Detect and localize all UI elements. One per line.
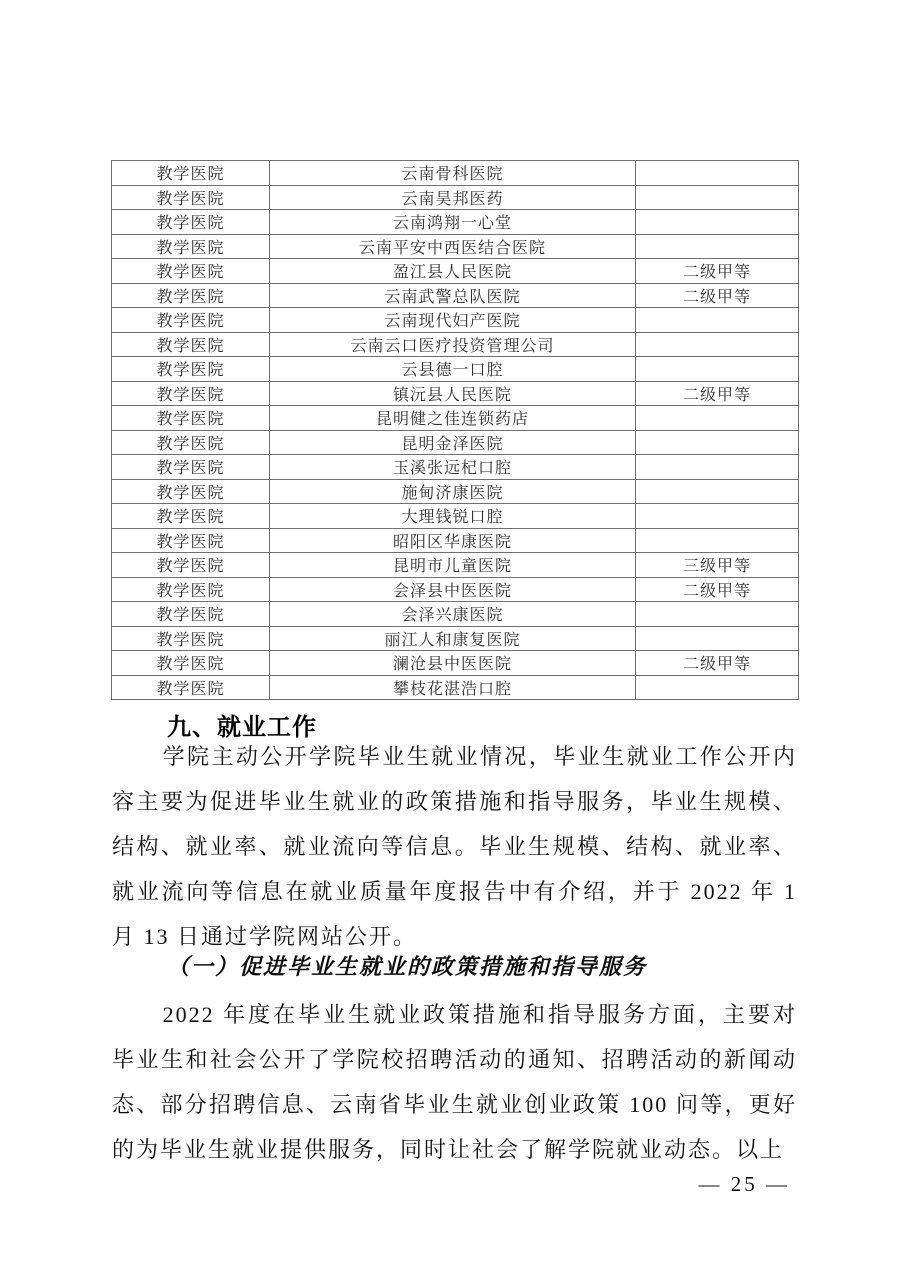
table-cell-category: 教学医院 xyxy=(112,455,270,480)
table-cell-hospital-name: 云南昊邦医药 xyxy=(270,185,636,210)
table-cell-category: 教学医院 xyxy=(112,234,270,259)
table-cell-hospital-name: 盈江县人民医院 xyxy=(270,259,636,284)
table-row: 教学医院 玉溪张远杞口腔 xyxy=(112,455,799,480)
table-cell-grade xyxy=(636,406,799,431)
table-cell-category: 教学医院 xyxy=(112,381,270,406)
table-cell-grade xyxy=(636,430,799,455)
table-cell-hospital-name: 云南骨科医院 xyxy=(270,161,636,186)
table-cell-hospital-name: 云南云口医疗投资管理公司 xyxy=(270,332,636,357)
table-cell-grade: 二级甲等 xyxy=(636,283,799,308)
table-row: 教学医院 镇沅县人民医院 二级甲等 xyxy=(112,381,799,406)
table-cell-grade: 二级甲等 xyxy=(636,651,799,676)
table-cell-grade: 三级甲等 xyxy=(636,553,799,578)
table-cell-grade xyxy=(636,185,799,210)
table-cell-hospital-name: 澜沧县中医医院 xyxy=(270,651,636,676)
table-cell-hospital-name: 丽江人和康复医院 xyxy=(270,626,636,651)
table-row: 教学医院 云南云口医疗投资管理公司 xyxy=(112,332,799,357)
table-cell-category: 教学医院 xyxy=(112,553,270,578)
table-row: 教学医院 施甸济康医院 xyxy=(112,479,799,504)
table-cell-category: 教学医院 xyxy=(112,430,270,455)
subsection-heading-policy-services: （一）促进毕业生就业的政策措施和指导服务 xyxy=(111,950,647,981)
table-row: 教学医院 会泽兴康医院 xyxy=(112,602,799,627)
table-row: 教学医院 昭阳区华康医院 xyxy=(112,528,799,553)
table-cell-category: 教学医院 xyxy=(112,210,270,235)
table-cell-category: 教学医院 xyxy=(112,651,270,676)
table-cell-grade xyxy=(636,357,799,382)
table-cell-grade xyxy=(636,332,799,357)
table-row: 教学医院 丽江人和康复医院 xyxy=(112,626,799,651)
hospital-table-body: 教学医院 云南骨科医院 教学医院 云南昊邦医药 教学医院 云南鸿翔一心堂 教学医… xyxy=(112,161,799,700)
table-row: 教学医院 会泽县中医医院 二级甲等 xyxy=(112,577,799,602)
table-cell-grade xyxy=(636,455,799,480)
table-cell-grade xyxy=(636,234,799,259)
table-cell-category: 教学医院 xyxy=(112,504,270,529)
table-cell-category: 教学医院 xyxy=(112,626,270,651)
table-cell-hospital-name: 云南平安中西医结合医院 xyxy=(270,234,636,259)
table-row: 教学医院 昆明市儿童医院 三级甲等 xyxy=(112,553,799,578)
table-cell-category: 教学医院 xyxy=(112,406,270,431)
employment-paragraph-2: 2022 年度在毕业生就业政策措施和指导服务方面，主要对毕业生和社会公开了学院校… xyxy=(112,992,797,1172)
table-cell-grade xyxy=(636,161,799,186)
table-row: 教学医院 昆明健之佳连锁药店 xyxy=(112,406,799,431)
table-cell-category: 教学医院 xyxy=(112,332,270,357)
table-cell-category: 教学医院 xyxy=(112,308,270,333)
table-cell-hospital-name: 大理钱锐口腔 xyxy=(270,504,636,529)
page-number: — 25 — xyxy=(699,1172,791,1197)
table-cell-grade xyxy=(636,528,799,553)
table-cell-grade: 二级甲等 xyxy=(636,577,799,602)
table-cell-category: 教学医院 xyxy=(112,283,270,308)
table-cell-hospital-name: 昆明金泽医院 xyxy=(270,430,636,455)
table-cell-hospital-name: 玉溪张远杞口腔 xyxy=(270,455,636,480)
table-row: 教学医院 云南现代妇产医院 xyxy=(112,308,799,333)
table-cell-grade xyxy=(636,308,799,333)
table-cell-grade: 二级甲等 xyxy=(636,381,799,406)
table-cell-grade: 二级甲等 xyxy=(636,259,799,284)
table-row: 教学医院 云南昊邦医药 xyxy=(112,185,799,210)
table-cell-grade xyxy=(636,626,799,651)
table-cell-category: 教学医院 xyxy=(112,357,270,382)
table-cell-hospital-name: 云南武警总队医院 xyxy=(270,283,636,308)
table-cell-category: 教学医院 xyxy=(112,528,270,553)
table-cell-grade xyxy=(636,602,799,627)
table-cell-hospital-name: 云县德一口腔 xyxy=(270,357,636,382)
table-cell-hospital-name: 镇沅县人民医院 xyxy=(270,381,636,406)
table-row: 教学医院 昆明金泽医院 xyxy=(112,430,799,455)
table-cell-grade xyxy=(636,210,799,235)
table-cell-hospital-name: 会泽县中医医院 xyxy=(270,577,636,602)
table-cell-category: 教学医院 xyxy=(112,259,270,284)
table-cell-grade xyxy=(636,479,799,504)
table-cell-hospital-name: 云南现代妇产医院 xyxy=(270,308,636,333)
table-cell-category: 教学医院 xyxy=(112,675,270,700)
table-cell-hospital-name: 昆明市儿童医院 xyxy=(270,553,636,578)
table-cell-category: 教学医院 xyxy=(112,602,270,627)
table-row: 教学医院 大理钱锐口腔 xyxy=(112,504,799,529)
table-cell-hospital-name: 攀枝花湛浩口腔 xyxy=(270,675,636,700)
teaching-hospital-table: 教学医院 云南骨科医院 教学医院 云南昊邦医药 教学医院 云南鸿翔一心堂 教学医… xyxy=(111,160,799,700)
table-cell-hospital-name: 施甸济康医院 xyxy=(270,479,636,504)
table-row: 教学医院 攀枝花湛浩口腔 xyxy=(112,675,799,700)
table-row: 教学医院 澜沧县中医医院 二级甲等 xyxy=(112,651,799,676)
table-row: 教学医院 云南平安中西医结合医院 xyxy=(112,234,799,259)
table-row: 教学医院 云县德一口腔 xyxy=(112,357,799,382)
table-cell-hospital-name: 昆明健之佳连锁药店 xyxy=(270,406,636,431)
table-cell-hospital-name: 云南鸿翔一心堂 xyxy=(270,210,636,235)
table-cell-grade xyxy=(636,504,799,529)
table-row: 教学医院 盈江县人民医院 二级甲等 xyxy=(112,259,799,284)
table-row: 教学医院 云南鸿翔一心堂 xyxy=(112,210,799,235)
document-page: 教学医院 云南骨科医院 教学医院 云南昊邦医药 教学医院 云南鸿翔一心堂 教学医… xyxy=(0,0,904,1280)
table-cell-category: 教学医院 xyxy=(112,479,270,504)
table-cell-hospital-name: 会泽兴康医院 xyxy=(270,602,636,627)
table-cell-category: 教学医院 xyxy=(112,185,270,210)
table-row: 教学医院 云南骨科医院 xyxy=(112,161,799,186)
table-cell-category: 教学医院 xyxy=(112,161,270,186)
table-cell-grade xyxy=(636,675,799,700)
table-cell-hospital-name: 昭阳区华康医院 xyxy=(270,528,636,553)
table-row: 教学医院 云南武警总队医院 二级甲等 xyxy=(112,283,799,308)
employment-paragraph-1: 学院主动公开学院毕业生就业情况，毕业生就业工作公开内容主要为促进毕业生就业的政策… xyxy=(112,734,797,959)
table-cell-category: 教学医院 xyxy=(112,577,270,602)
